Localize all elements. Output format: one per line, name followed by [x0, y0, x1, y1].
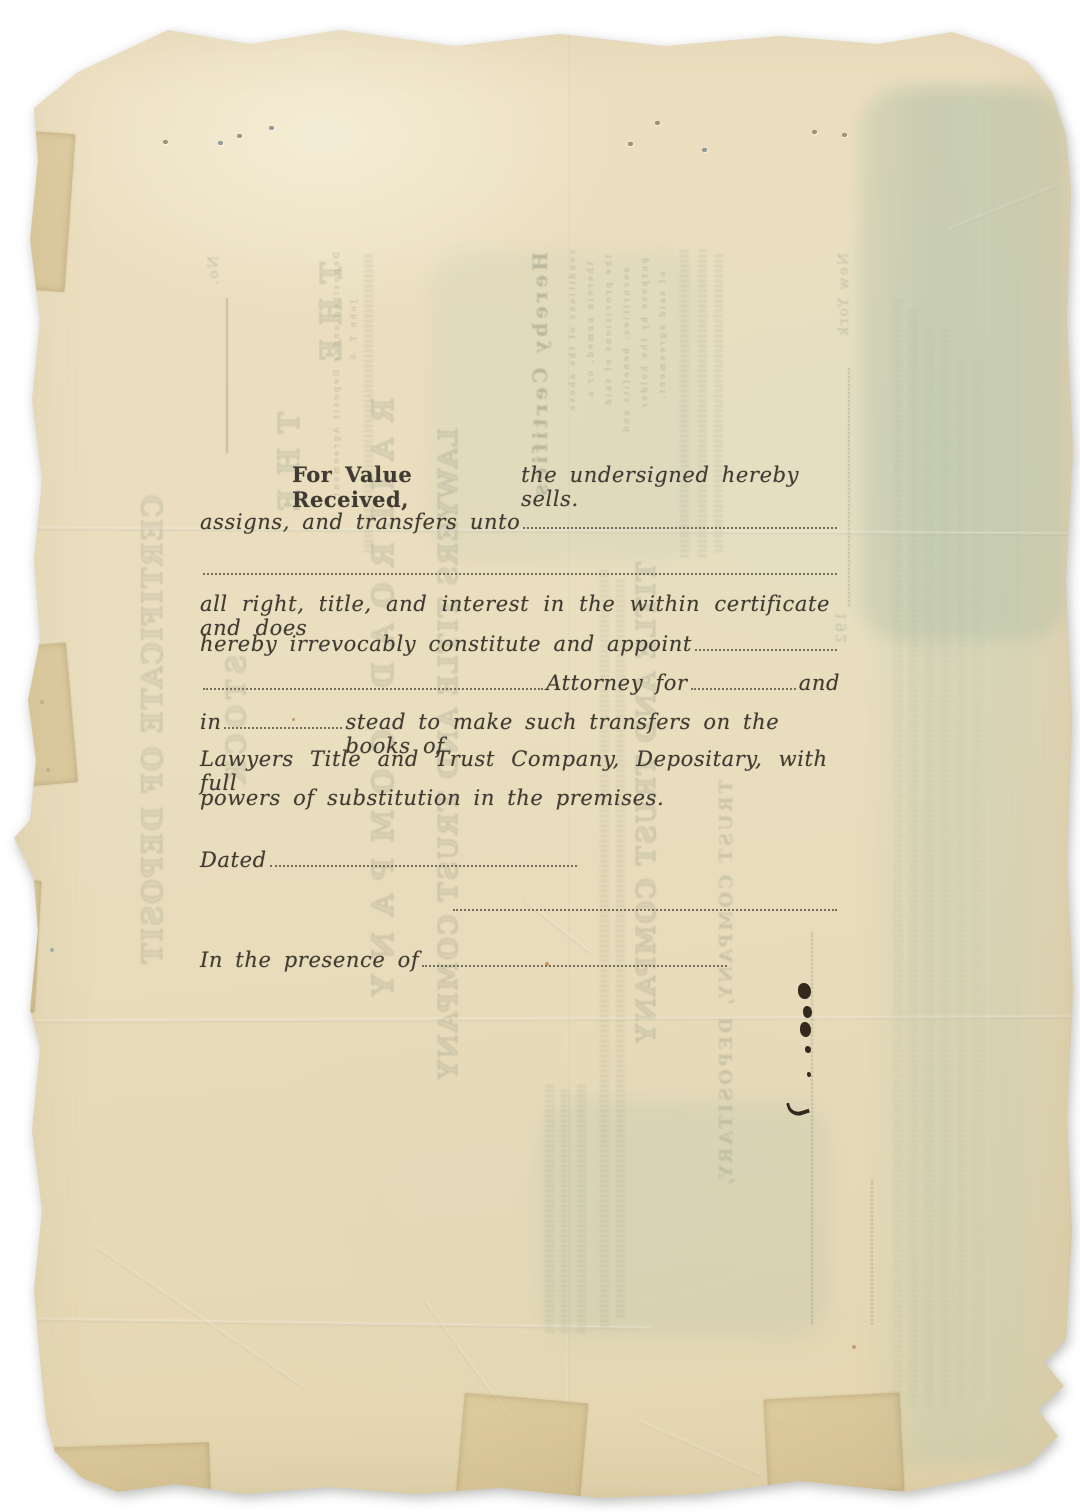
- dated-text: Dated: [200, 848, 267, 872]
- puncture-mark: [655, 121, 660, 125]
- ghost-new-york: New York: [836, 253, 852, 338]
- form-attorney-line: Attorney for and: [200, 669, 840, 695]
- ink-squiggle: [786, 1097, 810, 1118]
- ghost-the-title: THE: [314, 262, 348, 375]
- form-signature-line: [450, 890, 840, 911]
- ghost-text-noise: [545, 1085, 554, 1335]
- tape-remnant: [7, 879, 42, 1012]
- blue-speck: [50, 948, 54, 952]
- edge-ink-dash: [1072, 177, 1080, 182]
- for-value-received-text: For Value Received,: [292, 462, 521, 512]
- transferee-blank-continued: [203, 554, 837, 575]
- ghost-dateline-rule: [848, 368, 850, 606]
- stead-blank: [224, 708, 342, 729]
- tape-remnant: [43, 1442, 211, 1506]
- ghost-text-noise: [973, 360, 982, 1400]
- puncture-mark: [812, 130, 817, 134]
- ghost-text-noise: [909, 310, 918, 1410]
- ghost-text-noise: [941, 330, 950, 1410]
- date-blank: [270, 846, 577, 867]
- witness-blank: [422, 946, 727, 967]
- ghost-signature-rule: [871, 1180, 873, 1325]
- assigns-transfers-text: assigns, and transfers unto: [200, 510, 520, 534]
- puncture-mark: [163, 140, 168, 144]
- ghost-conditions-col: purpose by the holder: [640, 258, 649, 410]
- tape-remnant: [4, 643, 78, 788]
- attorney-for-text: Attorney for: [546, 671, 688, 695]
- tape-remnant: [764, 1393, 905, 1498]
- ghost-conditions-col: securities, benefits and: [622, 268, 631, 435]
- ink-blot: [807, 1072, 811, 1077]
- certificate-back-paper: No. Deposited under Deposit Agreement Jo…: [0, 0, 1080, 1512]
- in-text: in: [200, 710, 221, 734]
- small-crease: [94, 1245, 303, 1387]
- small-crease: [639, 1420, 759, 1476]
- fold-crease: [30, 1318, 650, 1330]
- form-blank-line: [200, 554, 840, 575]
- form-opening-line: For Value Received, the undersigned here…: [292, 462, 840, 512]
- attorney-name-blank-continued: [203, 669, 543, 690]
- ghost-conditions-col: of said agreement.: [658, 272, 667, 402]
- form-assigns-line: assigns, and transfers unto: [200, 508, 840, 534]
- ghost-no-rule: [226, 298, 228, 453]
- ghost-conditions-col: the provisions of said: [604, 255, 613, 408]
- form-witness-line: In the presence of: [200, 946, 730, 972]
- ghost-text-noise: [957, 360, 966, 1400]
- appoint-text: hereby irrevocably constitute and appoin…: [200, 632, 692, 656]
- undersigned-sells-text: the undersigned hereby sells.: [521, 463, 840, 511]
- rust-speck: [545, 962, 549, 966]
- ink-blot: [805, 1046, 811, 1053]
- puncture-mark: [628, 142, 633, 146]
- attorney-for-blank: [691, 669, 796, 690]
- attorney-name-blank: [695, 630, 837, 651]
- ghost-no-label: No.: [206, 256, 222, 287]
- form-dated-line: Dated: [200, 846, 580, 872]
- powers-text: powers of substitution in the premises.: [200, 786, 664, 810]
- ghost-signature-rule: [811, 932, 813, 1324]
- ghost-certificate-of-deposit: CERTIFICATE OF DEPOSIT: [136, 495, 169, 966]
- puncture-mark: [237, 134, 242, 138]
- ghost-depositary-line: TRUST COMPANY, DEPOSITARY,: [716, 780, 737, 1188]
- transferee-blank: [523, 508, 837, 529]
- edge-ink-dash: [0, 1318, 9, 1324]
- presence-text: In the presence of: [200, 948, 419, 972]
- tape-remnant: [456, 1393, 589, 1508]
- signature-blank: [453, 890, 837, 911]
- scanned-document-background: No. Deposited under Deposit Agreement Jo…: [0, 0, 1080, 1512]
- paper-shadow-wrap: No. Deposited under Deposit Agreement Jo…: [0, 0, 1080, 1512]
- and-text: and: [799, 671, 840, 695]
- rust-speck: [292, 718, 295, 721]
- ghost-text-noise: [893, 300, 902, 1420]
- form-powers-line: powers of substitution in the premises.: [200, 786, 840, 810]
- tape-remnant: [3, 130, 76, 292]
- puncture-mark: [269, 126, 274, 130]
- form-appoint-line: hereby irrevocably constitute and appoin…: [200, 630, 840, 656]
- rust-speck: [852, 1345, 856, 1349]
- puncture-mark: [702, 148, 707, 152]
- ink-blot: [800, 1022, 811, 1037]
- ghost-text-noise: [577, 1085, 586, 1335]
- ghost-conditions-col: therein named, or a: [586, 262, 595, 399]
- ink-blot: [798, 983, 811, 999]
- ghost-conditions-col: conditions of the above: [568, 250, 577, 413]
- puncture-mark: [842, 133, 847, 137]
- puncture-mark: [218, 141, 223, 145]
- ink-blot: [803, 1006, 812, 1018]
- ghost-name-fragment: John T. S: [349, 300, 358, 363]
- ghost-text-noise: [925, 330, 934, 1410]
- small-crease: [947, 183, 1059, 231]
